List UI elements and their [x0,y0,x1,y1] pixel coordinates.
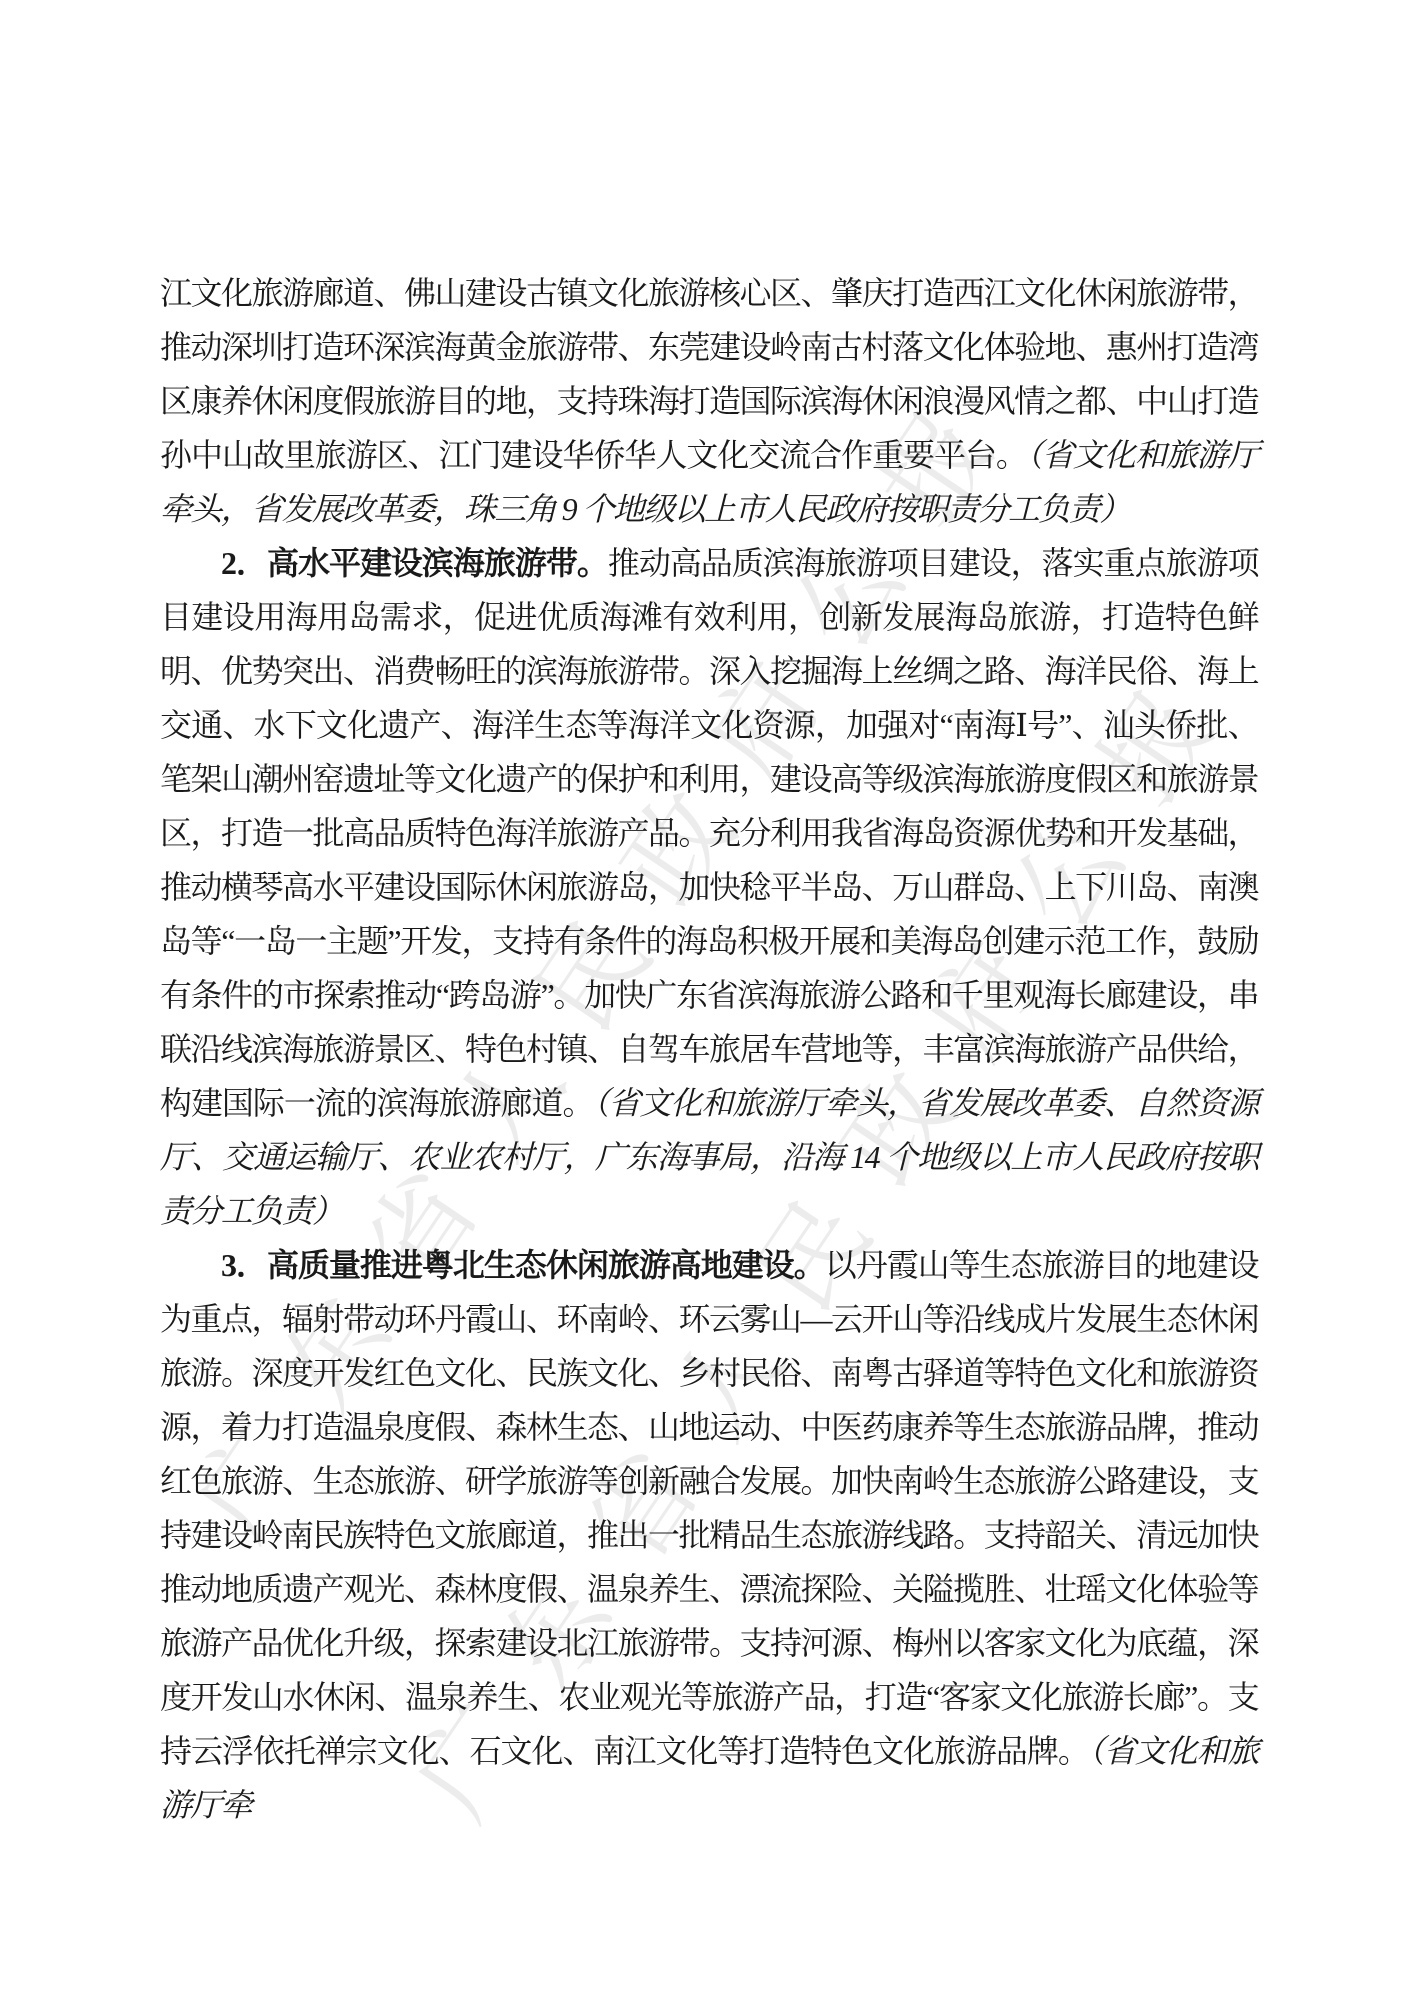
paragraph-3-body: 以丹霞山等生态旅游目的地建设为重点，辐射带动环丹霞山、环南岭、环云雾山—云开山等… [160,1247,1258,1769]
paragraph-section-3: 3．高质量推进粤北生态休闲旅游高地建设。以丹霞山等生态旅游目的地建设为重点，辐射… [160,1238,1258,1832]
document-body: 江文化旅游廊道、佛山建设古镇文化旅游核心区、肇庆打造西江文化休闲旅游带，推动深圳… [160,266,1258,1832]
section-3-heading: 3．高质量推进粤北生态休闲旅游高地建设。 [221,1247,825,1283]
paragraph-continuation: 江文化旅游廊道、佛山建设古镇文化旅游核心区、肇庆打造西江文化休闲旅游带，推动深圳… [160,266,1258,536]
paragraph-2-body: 推动高品质滨海旅游项目建设，落实重点旅游项目建设用海用岛需求，促进优质海滩有效利… [160,545,1258,1121]
gazette-document-page: 广东省人民政府公报 广东省人民政府公报 江文化旅游廊道、佛山建设古镇文化旅游核心… [0,0,1414,2000]
section-2-heading: 2．高水平建设滨海旅游带。 [221,545,608,581]
paragraph-section-2: 2．高水平建设滨海旅游带。推动高品质滨海旅游项目建设，落实重点旅游项目建设用海用… [160,536,1258,1238]
